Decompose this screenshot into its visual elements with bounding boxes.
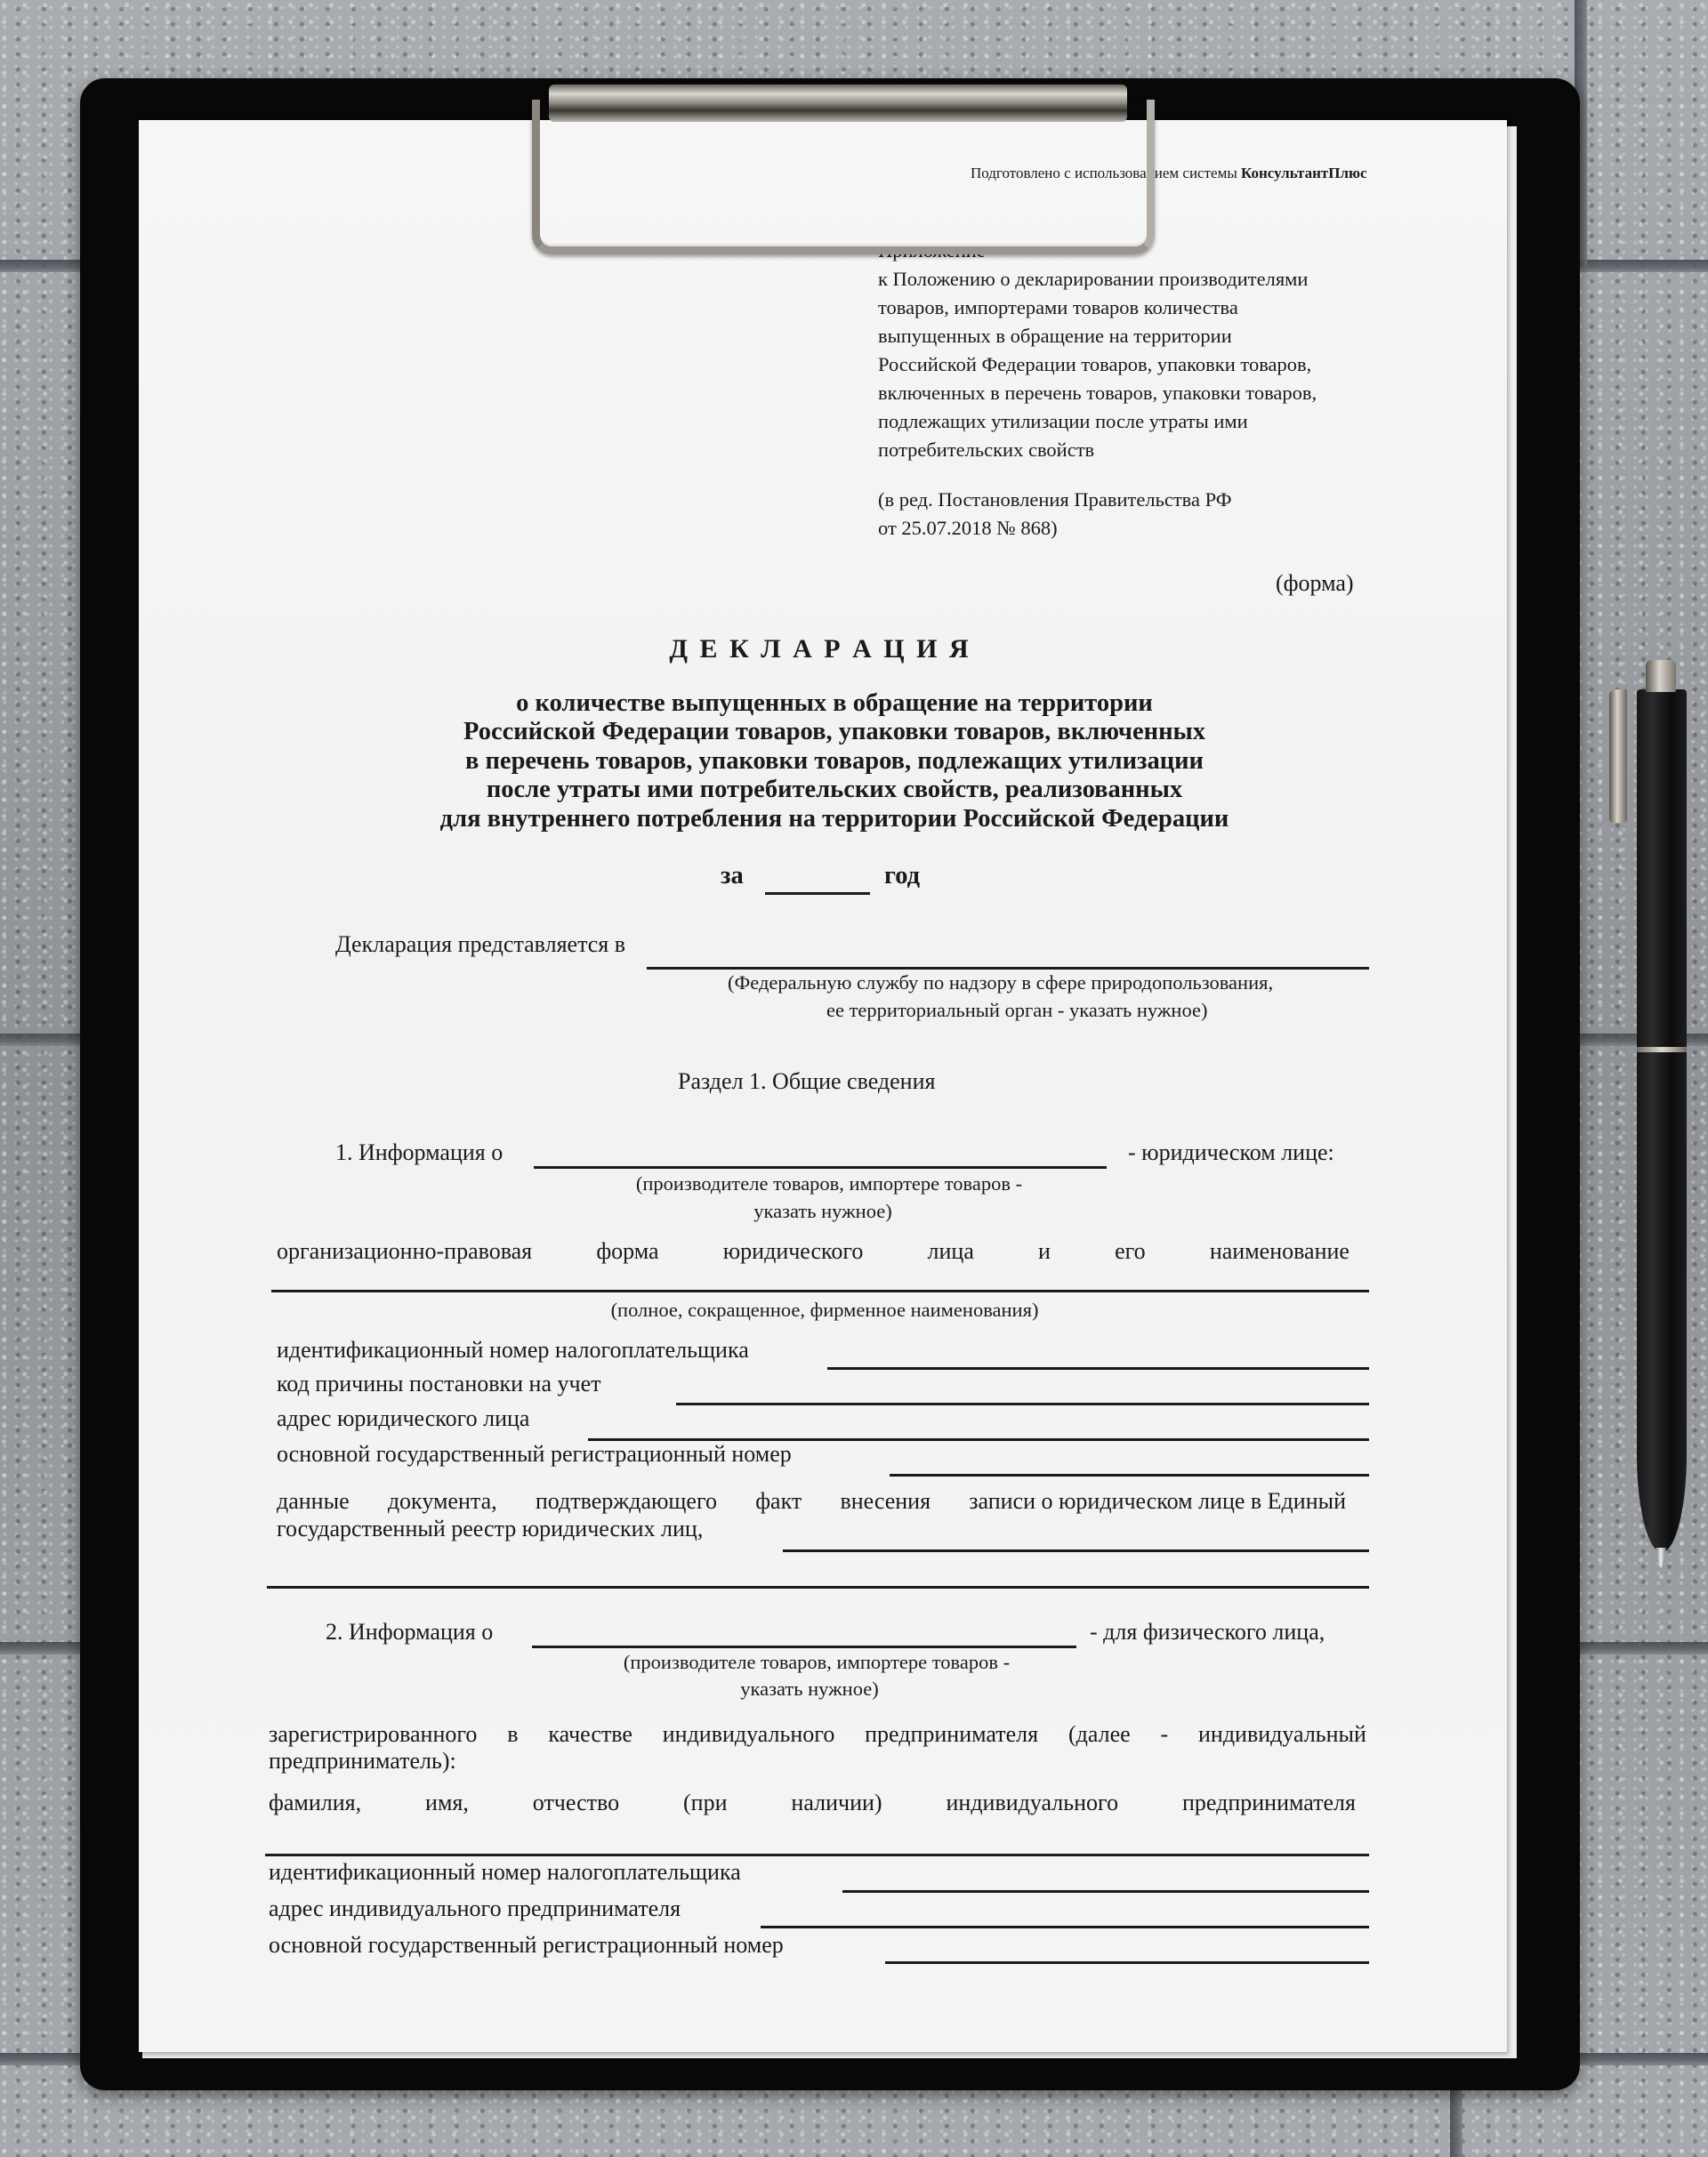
egrul-line: данныедокумента,подтверждающегофактвнесе… xyxy=(277,1488,1346,1515)
word: юридического xyxy=(723,1238,864,1265)
subtitle-line: о количестве выпущенных в обращение на т… xyxy=(345,689,1324,718)
word: имя, xyxy=(425,1790,469,1816)
document-subtitle: о количестве выпущенных в обращение на т… xyxy=(345,689,1324,833)
ip-address-field[interactable] xyxy=(761,1926,1369,1928)
annex-line: выпущенных в обращение на территории xyxy=(878,322,1317,350)
word: его xyxy=(1115,1238,1146,1265)
ip-inn-label: идентификационный номер налогоплательщик… xyxy=(269,1861,741,1884)
word: индивидуального xyxy=(946,1790,1118,1816)
submitted-to-field[interactable] xyxy=(647,967,1369,970)
item2-suffix: - для физического лица, xyxy=(1090,1621,1325,1644)
annex-block: Приложение к Положению о декларировании … xyxy=(878,237,1317,543)
item2-caption: (производителе товаров, импортере товаро… xyxy=(624,1653,1010,1673)
pen xyxy=(1637,689,1687,1552)
submitted-to-caption: (Федеральную службу по надзору в сфере п… xyxy=(728,973,1273,994)
inn-field[interactable] xyxy=(827,1367,1369,1370)
year-prefix: за xyxy=(721,864,744,889)
inn-label: идентификационный номер налогоплательщик… xyxy=(277,1339,749,1362)
ip-ogrn-field[interactable] xyxy=(885,1961,1369,1964)
ip-address-label: адрес индивидуального предпринимателя xyxy=(269,1897,681,1920)
org-name-field[interactable] xyxy=(271,1290,1369,1292)
word: фамилия, xyxy=(269,1790,361,1816)
egrul-field[interactable] xyxy=(783,1549,1369,1552)
item2-caption: указать нужное) xyxy=(740,1679,878,1700)
org-form-line: организационно-правоваяформаюридического… xyxy=(277,1238,1349,1265)
pen-ring xyxy=(1637,1047,1687,1052)
word: внесения xyxy=(840,1488,931,1515)
subtitle-line: в перечень товаров, упаковки товаров, по… xyxy=(345,747,1324,776)
subtitle-line: после утраты ими потребительских свойств… xyxy=(345,776,1324,804)
revision-line: от 25.07.2018 № 868) xyxy=(878,514,1317,543)
word: - xyxy=(1161,1721,1169,1748)
annex-line: потребительских свойств xyxy=(878,436,1317,464)
ip-ogrn-label: основной государственный регистрационный… xyxy=(269,1934,784,1957)
document-title: Д Е К Л А Р А Ц И Я xyxy=(669,636,971,663)
fio-line: фамилия,имя,отчество(приналичии)индивиду… xyxy=(269,1790,1356,1816)
word: форма xyxy=(596,1238,658,1265)
word: зарегистрированного xyxy=(269,1721,477,1748)
pen-button xyxy=(1646,660,1676,692)
registered-line: зарегистрированноговкачествеиндивидуальн… xyxy=(269,1721,1366,1748)
item1-type-field[interactable] xyxy=(534,1166,1107,1169)
section-1-title: Раздел 1. Общие сведения xyxy=(678,1070,935,1093)
annex-line: подлежащих утилизации после утраты ими xyxy=(878,407,1317,436)
word: качестве xyxy=(548,1721,632,1748)
submitted-to-label: Декларация представляется в xyxy=(335,933,625,956)
word: подтверждающего xyxy=(536,1488,717,1515)
item1-caption: (производителе товаров, импортере товаро… xyxy=(636,1174,1022,1195)
annex-line: включенных в перечень товаров, упаковки … xyxy=(878,379,1317,407)
annex-line: к Положению о декларировании производите… xyxy=(878,265,1317,294)
year-field[interactable] xyxy=(765,892,870,895)
kpp-field[interactable] xyxy=(676,1403,1369,1405)
ogrn-label: основной государственный регистрационный… xyxy=(277,1443,792,1466)
word: предпринимателя xyxy=(1182,1790,1356,1816)
registered-line-2: предприниматель): xyxy=(269,1750,456,1773)
word: индивидуальный xyxy=(1198,1721,1366,1748)
word: в xyxy=(507,1721,518,1748)
legal-address-label: адрес юридического лица xyxy=(277,1407,529,1430)
egrul-line-2: государственный реестр юридических лиц, xyxy=(277,1517,703,1541)
item2-type-field[interactable] xyxy=(532,1646,1076,1648)
prepared-system: КонсультантПлюс xyxy=(1241,165,1367,181)
ogrn-field[interactable] xyxy=(890,1474,1369,1477)
fio-field[interactable] xyxy=(265,1854,1369,1856)
word: и xyxy=(1038,1238,1051,1265)
clip-wire xyxy=(532,100,1155,254)
submitted-to-caption: ее территориальный орган - указать нужно… xyxy=(826,1001,1207,1021)
revision-line: (в ред. Постановления Правительства РФ xyxy=(878,486,1317,514)
word: наименование xyxy=(1210,1238,1349,1265)
item1-prefix: 1. Информация о xyxy=(335,1141,503,1164)
word: отчество xyxy=(533,1790,619,1816)
item2-prefix: 2. Информация о xyxy=(326,1621,493,1644)
subtitle-line: Российской Федерации товаров, упаковки т… xyxy=(345,718,1324,746)
word: организационно-правовая xyxy=(277,1238,532,1265)
subtitle-line: для внутреннего потребления на территори… xyxy=(345,805,1324,833)
form-label: (форма) xyxy=(1276,572,1354,595)
year-suffix: год xyxy=(884,864,920,889)
word: (при xyxy=(683,1790,728,1816)
ip-inn-field[interactable] xyxy=(842,1890,1369,1893)
annex-line: товаров, импортерами товаров количества xyxy=(878,294,1317,322)
clip-bar xyxy=(549,85,1127,122)
annex-line: Российской Федерации товаров, упаковки т… xyxy=(878,350,1317,379)
kpp-label: код причины постановки на учет xyxy=(277,1372,600,1396)
word: предпринимателя xyxy=(865,1721,1038,1748)
word: факт xyxy=(755,1488,802,1515)
word: данные xyxy=(277,1488,350,1515)
item1-caption: указать нужное) xyxy=(753,1202,891,1222)
word: индивидуального xyxy=(663,1721,835,1748)
word: документа, xyxy=(388,1488,497,1515)
item1-suffix: - юридическом лице: xyxy=(1128,1141,1334,1164)
word: записи о юридическом лице в Единый xyxy=(969,1488,1346,1515)
org-name-caption: (полное, сокращенное, фирменное наименов… xyxy=(611,1300,1039,1321)
word: (далее xyxy=(1068,1721,1131,1748)
pen-clip xyxy=(1609,688,1627,823)
egrul-field-2[interactable] xyxy=(267,1586,1369,1589)
word: лица xyxy=(928,1238,974,1265)
word: наличии) xyxy=(791,1790,882,1816)
